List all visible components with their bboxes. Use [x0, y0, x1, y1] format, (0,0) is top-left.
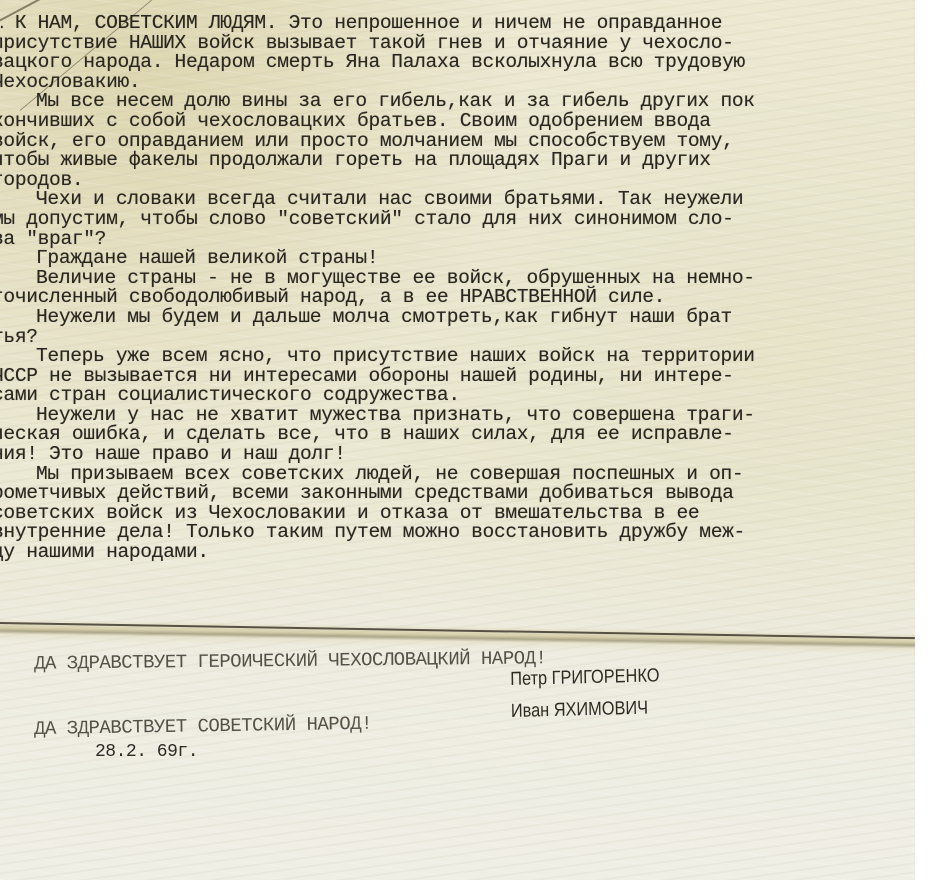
text-line: … К НАМ, СОВЕТСКИМ ЛЮДЯМ. Это непрошенно… — [0, 14, 900, 34]
text-line: чтобы живые факелы продолжали гореть на … — [0, 151, 900, 171]
text-line: мы допустим, чтобы слово "советский" ста… — [0, 210, 900, 230]
text-line: ду нашими народами. — [0, 543, 900, 563]
typewritten-page: … К НАМ, СОВЕТСКИМ ЛЮДЯМ. Это непрошенно… — [0, 0, 915, 880]
text-line: Чехи и словаки всегда считали нас своими… — [0, 190, 900, 210]
text-line: Теперь уже всем ясно, что присутствие на… — [0, 347, 900, 367]
closing-slogan: ДА ЗДРАВСТВУЕТ СОВЕТСКИЙ НАРОД! — [34, 710, 547, 740]
text-line: сами стран социалистического содружества… — [0, 386, 900, 406]
text-line: Граждане нашей великой страны! — [0, 249, 900, 269]
text-line: вацкого народа. Недаром смерть Яна Палах… — [0, 53, 900, 73]
text-line: кончивших с собой чехословацких братьев.… — [0, 112, 900, 132]
letter-body: … К НАМ, СОВЕТСКИМ ЛЮДЯМ. Это непрошенно… — [0, 14, 900, 563]
closing-slogan: ДА ЗДРАВСТВУЕТ ГЕРОИЧЕСКИЙ ЧЕХОСЛОВАЦКИЙ… — [34, 647, 547, 674]
signatory-name: Иван ЯХИМОВИЧ — [511, 692, 661, 728]
scan-margin — [915, 0, 950, 880]
letter-date: 28.2. 69г. — [95, 742, 198, 762]
signatory-name: Петр ГРИГОРЕНКО — [510, 660, 660, 696]
text-line: гочисленный свободолюбивый народ, а в ее… — [0, 288, 900, 308]
text-line: Неужели мы будем и дальше молча смотреть… — [0, 308, 900, 328]
text-line: рометчивых действий, всеми законными сре… — [0, 484, 900, 504]
signatures: Петр ГРИГОРЕНКО Иван ЯХИМОВИЧ — [510, 660, 660, 728]
text-line: ния! Это наше право и наш долг! — [0, 445, 900, 465]
